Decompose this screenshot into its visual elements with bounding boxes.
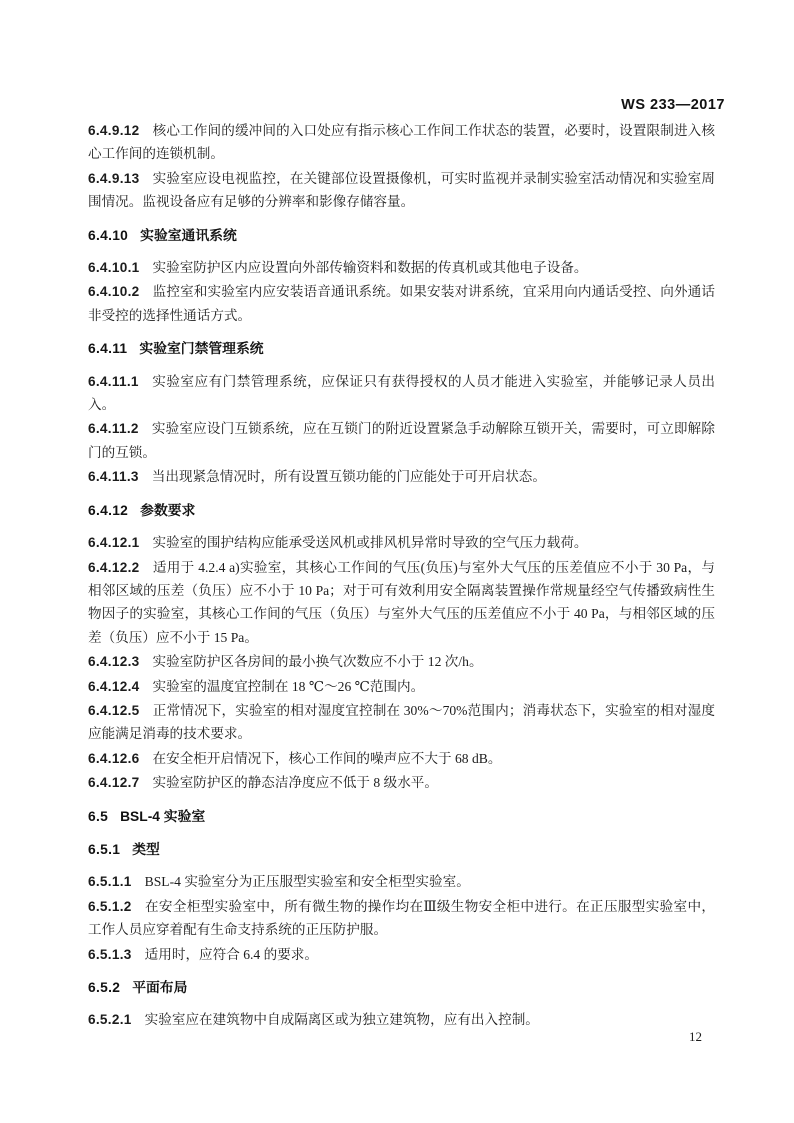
clause-number: 6.4.12.7 — [88, 775, 140, 790]
section-heading: 6.4.10实验室通讯系统 — [88, 224, 715, 247]
clause-text: 实验室应在建筑物中自成隔离区或为独立建筑物，应有出入控制。 — [145, 1012, 539, 1027]
clause-text: 监控室和实验室内应安装语音通讯系统。如果安装对讲系统，宜采用向内通话受控、向外通… — [88, 284, 715, 322]
section-heading: 6.5.1类型 — [88, 838, 715, 861]
clause-number: 6.4.12.4 — [88, 679, 140, 694]
clause-number: 6.4.12.5 — [88, 703, 140, 718]
heading-text: 类型 — [132, 842, 160, 857]
clause-text: 实验室防护区各房间的最小换气次数应不小于 12 次/h。 — [153, 654, 483, 669]
clause-paragraph: 6.5.1.3适用时，应符合 6.4 的要求。 — [88, 943, 715, 966]
clause-number: 6.4.12.2 — [88, 560, 140, 575]
clause-number: 6.5.2 — [88, 980, 120, 995]
clause-text: 适用时，应符合 6.4 的要求。 — [145, 947, 318, 962]
section-heading: 6.5.2平面布局 — [88, 976, 715, 999]
clause-paragraph: 6.4.9.13实验室应设电视监控，在关键部位设置摄像机，可实时监视并录制实验室… — [88, 167, 715, 214]
clause-number: 6.4.9.12 — [88, 123, 140, 138]
section-heading: 6.4.11实验室门禁管理系统 — [88, 337, 715, 360]
clause-text: 当出现紧急情况时，所有设置互锁功能的门应能处于可开启状态。 — [152, 469, 546, 484]
clause-number: 6.4.12.6 — [88, 751, 140, 766]
clause-paragraph: 6.4.12.7实验室防护区的静态洁净度应不低于 8 级水平。 — [88, 771, 715, 794]
clause-text: 核心工作间的缓冲间的入口处应有指示核心工作间工作状态的装置，必要时，设置限制进入… — [88, 123, 715, 161]
clause-text: 实验室的围护结构应能承受送风机或排风机异常时导致的空气压力载荷。 — [153, 535, 588, 550]
clause-number: 6.5.1.2 — [88, 899, 132, 914]
clause-paragraph: 6.4.12.2适用于 4.2.4 a)实验室，其核心工作间的气压(负压)与室外… — [88, 556, 715, 650]
clause-text: 实验室防护区内应设置向外部传输资料和数据的传真机或其他电子设备。 — [153, 260, 588, 275]
clause-paragraph: 6.4.10.2监控室和实验室内应安装语音通讯系统。如果安装对讲系统，宜采用向内… — [88, 280, 715, 327]
heading-text: 参数要求 — [140, 503, 195, 518]
clause-number: 6.4.9.13 — [88, 171, 140, 186]
clause-text: 在安全柜开启情况下，核心工作间的噪声应不大于 68 dB。 — [153, 751, 502, 766]
clause-text: 正常情况下，实验室的相对湿度宜控制在 30%～70%范围内；消毒状态下，实验室的… — [88, 703, 715, 741]
clause-text: BSL-4 实验室分为正压服型实验室和安全柜型实验室。 — [145, 874, 470, 889]
clause-number: 6.4.12.3 — [88, 654, 140, 669]
clause-number: 6.5.1.3 — [88, 947, 132, 962]
clause-paragraph: 6.4.11.3当出现紧急情况时，所有设置互锁功能的门应能处于可开启状态。 — [88, 465, 715, 488]
document-header-standard-number: WS 233—2017 — [621, 97, 725, 113]
clause-number: 6.4.11 — [88, 341, 127, 356]
heading-text: 实验室门禁管理系统 — [139, 341, 263, 356]
clause-text: 实验室防护区的静态洁净度应不低于 8 级水平。 — [153, 775, 438, 790]
clause-paragraph: 6.4.12.4实验室的温度宜控制在 18 ℃～26 ℃范围内。 — [88, 675, 715, 698]
clause-number: 6.4.11.3 — [88, 469, 139, 484]
section-heading: 6.4.12参数要求 — [88, 499, 715, 522]
page-number: 12 — [689, 1029, 702, 1045]
clause-number: 6.5.2.1 — [88, 1012, 132, 1027]
clause-number: 6.4.10.2 — [88, 284, 140, 299]
clause-text: 在安全柜型实验室中，所有微生物的操作均在Ⅲ级生物安全柜中进行。在正压服型实验室中… — [88, 899, 715, 937]
clause-number: 6.4.12.1 — [88, 535, 140, 550]
clause-text: 实验室应设电视监控，在关键部位设置摄像机，可实时监视并录制实验室活动情况和实验室… — [88, 171, 715, 209]
clause-paragraph: 6.4.11.2实验室应设门互锁系统，应在互锁门的附近设置紧急手动解除互锁开关，… — [88, 417, 715, 464]
clause-paragraph: 6.5.2.1实验室应在建筑物中自成隔离区或为独立建筑物，应有出入控制。 — [88, 1008, 715, 1031]
clause-paragraph: 6.4.10.1实验室防护区内应设置向外部传输资料和数据的传真机或其他电子设备。 — [88, 256, 715, 279]
clause-paragraph: 6.4.12.1实验室的围护结构应能承受送风机或排风机异常时导致的空气压力载荷。 — [88, 531, 715, 554]
clause-text: 实验室应设门互锁系统，应在互锁门的附近设置紧急手动解除互锁开关，需要时，可立即解… — [88, 421, 715, 459]
clause-paragraph: 6.4.12.3实验室防护区各房间的最小换气次数应不小于 12 次/h。 — [88, 650, 715, 673]
clause-number: 6.4.12 — [88, 503, 128, 518]
clause-paragraph: 6.4.11.1实验室应有门禁管理系统，应保证只有获得授权的人员才能进入实验室，… — [88, 370, 715, 417]
clause-paragraph: 6.4.12.5正常情况下，实验室的相对湿度宜控制在 30%～70%范围内；消毒… — [88, 699, 715, 746]
heading-text: 实验室通讯系统 — [140, 228, 237, 243]
heading-text: BSL-4 实验室 — [120, 809, 205, 824]
clause-text: 实验室应有门禁管理系统，应保证只有获得授权的人员才能进入实验室，并能够记录人员出… — [88, 374, 715, 412]
heading-text: 平面布局 — [132, 980, 187, 995]
document-page: WS 233—2017 6.4.9.12核心工作间的缓冲间的入口处应有指示核心工… — [0, 0, 794, 1123]
clause-number: 6.4.10 — [88, 228, 128, 243]
clause-number: 6.5.1 — [88, 842, 120, 857]
clause-number: 6.4.11.1 — [88, 374, 139, 389]
clause-paragraph: 6.4.12.6在安全柜开启情况下，核心工作间的噪声应不大于 68 dB。 — [88, 747, 715, 770]
clause-paragraph: 6.5.1.2在安全柜型实验室中，所有微生物的操作均在Ⅲ级生物安全柜中进行。在正… — [88, 895, 715, 942]
clause-number: 6.4.11.2 — [88, 421, 139, 436]
clause-paragraph: 6.5.1.1BSL-4 实验室分为正压服型实验室和安全柜型实验室。 — [88, 870, 715, 893]
clause-number: 6.5 — [88, 809, 108, 824]
clause-text: 适用于 4.2.4 a)实验室，其核心工作间的气压(负压)与室外大气压的压差值应… — [88, 560, 715, 645]
clause-paragraph: 6.4.9.12核心工作间的缓冲间的入口处应有指示核心工作间工作状态的装置，必要… — [88, 119, 715, 166]
section-heading: 6.5BSL-4 实验室 — [88, 805, 715, 828]
clause-number: 6.4.10.1 — [88, 260, 140, 275]
clause-text: 实验室的温度宜控制在 18 ℃～26 ℃范围内。 — [153, 679, 425, 694]
document-body: 6.4.9.12核心工作间的缓冲间的入口处应有指示核心工作间工作状态的装置，必要… — [88, 118, 715, 1033]
clause-number: 6.5.1.1 — [88, 874, 132, 889]
